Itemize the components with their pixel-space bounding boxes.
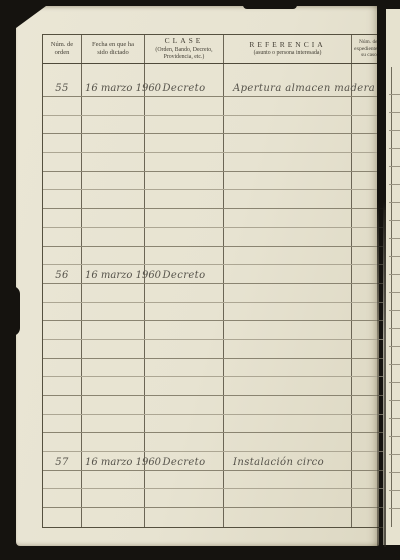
cell-referencia [224,377,352,395]
registry-table: Núm. de orden Fecha en que ha sido dicta… [42,34,385,528]
cell-num [43,247,82,265]
cell-num [43,172,82,190]
cell-num: 56 [43,265,82,283]
header-num-orden-label: Núm. de orden [43,41,81,58]
header-referencia-label: REFERENCIA [249,41,325,49]
scan-artifact-top [243,0,297,9]
cell-num [43,340,82,358]
cell-clase [145,247,224,265]
cell-num [43,377,82,395]
cell-num: 55 [43,64,82,96]
cell-num [43,190,82,208]
cell-num [43,508,82,527]
cell-referencia [224,415,352,433]
cell-fecha [82,471,145,489]
cell-fecha [82,508,145,527]
table-row [43,359,384,378]
cell-fecha [82,190,145,208]
cell-num [43,116,82,134]
cell-referencia [224,97,352,115]
cell-referencia [224,172,352,190]
cell-fecha [82,228,145,246]
cell-fecha [82,303,145,321]
header-clase-label: CLASE [165,37,204,45]
table-row [43,153,384,172]
table-row [43,303,384,322]
cell-num [43,321,82,339]
cell-referencia [224,508,352,527]
cell-clase [145,303,224,321]
table-row [43,247,384,266]
cell-referencia [224,247,352,265]
cell-num [43,209,82,227]
handwriting-num: 55 [55,84,69,96]
table-row [43,340,384,359]
cell-num [43,396,82,414]
header-clase-subtitle: (Orden, Bando, Decreto, Providencia, etc… [145,47,223,61]
cell-clase [145,377,224,395]
cell-num [43,471,82,489]
header-fecha-label: Fecha en que ha sido dictado [82,41,144,58]
cell-fecha [82,284,145,302]
header-clase: CLASE (Orden, Bando, Decreto, Providenci… [145,35,224,63]
scanned-ledger-page: Núm. de orden Fecha en que ha sido dicta… [0,0,400,560]
table-row [43,471,384,490]
cell-clase [145,359,224,377]
cell-clase [145,415,224,433]
cell-num [43,489,82,507]
cell-num [43,359,82,377]
binding-crease [384,210,386,548]
cell-clase [145,153,224,171]
cell-referencia [224,228,352,246]
scan-artifact-bottom [0,547,400,560]
cell-referencia [224,471,352,489]
table-body: 5516 marzo 1960DecretoApertura almacen m… [43,64,384,527]
handwriting-num: 56 [55,271,69,283]
cell-clase: Decreto [145,64,224,96]
table-row [43,508,384,527]
cell-num [43,153,82,171]
cell-num [43,284,82,302]
handwriting-clase: Decreto [162,84,205,96]
facing-page-lines [389,77,400,520]
handwriting-clase: Decreto [162,458,205,470]
cell-clase [145,284,224,302]
cell-num [43,97,82,115]
header-fecha: Fecha en que ha sido dictado [82,35,145,63]
table-row [43,396,384,415]
cell-fecha [82,359,145,377]
table-row [43,377,384,396]
header-referencia-subtitle: (asunto o persona interesada) [252,50,324,57]
table-header-row: Núm. de orden Fecha en que ha sido dicta… [43,35,384,64]
cell-referencia [224,284,352,302]
cell-fecha [82,153,145,171]
table-row [43,172,384,191]
cell-clase [145,321,224,339]
cell-referencia [224,489,352,507]
table-row [43,209,384,228]
cell-clase [145,396,224,414]
cell-referencia [224,303,352,321]
cell-clase [145,489,224,507]
cell-clase [145,209,224,227]
cell-fecha [82,340,145,358]
cell-referencia [224,190,352,208]
cell-clase [145,116,224,134]
header-referencia: REFERENCIA (asunto o persona interesada) [224,35,352,63]
cell-fecha [82,247,145,265]
ledger-page: Núm. de orden Fecha en que ha sido dicta… [16,6,379,546]
scan-artifact-left [0,286,20,336]
cell-fecha [82,377,145,395]
cell-num [43,303,82,321]
handwriting-referencia: Instalación circo [233,458,324,470]
table-row [43,489,384,508]
cell-clase: Decreto [145,265,224,283]
table-row [43,97,384,116]
cell-fecha [82,97,145,115]
cell-clase [145,508,224,527]
cell-fecha [82,172,145,190]
cell-fecha [82,134,145,152]
cell-clase [145,228,224,246]
cell-num [43,228,82,246]
cell-clase: Decreto [145,452,224,470]
cell-num [43,415,82,433]
cell-referencia [224,153,352,171]
cell-referencia [224,321,352,339]
cell-clase [145,471,224,489]
table-row [43,190,384,209]
cell-fecha [82,415,145,433]
cell-referencia [224,265,352,283]
table-row [43,228,384,247]
cell-fecha [82,489,145,507]
cell-fecha: 16 marzo 1960 [82,64,145,96]
header-num-orden: Núm. de orden [43,35,82,63]
cell-num: 57 [43,452,82,470]
cell-fecha: 16 marzo 1960 [82,265,145,283]
cell-fecha [82,209,145,227]
cell-clase [145,190,224,208]
cell-referencia: Apertura almacen madera [224,64,352,96]
table-row [43,321,384,340]
cell-fecha [82,116,145,134]
table-row [43,134,384,153]
cell-referencia [224,340,352,358]
cell-clase [145,134,224,152]
cell-referencia: Instalación circo [224,452,352,470]
table-row [43,284,384,303]
cell-fecha [82,396,145,414]
table-row: 5516 marzo 1960DecretoApertura almacen m… [43,64,384,97]
cell-referencia [224,433,352,451]
cell-referencia [224,134,352,152]
cell-referencia [224,209,352,227]
cell-fecha [82,433,145,451]
cell-referencia [224,396,352,414]
cell-referencia [224,359,352,377]
table-row: 5716 marzo 1960DecretoInstalación circo [43,452,384,471]
cell-num [43,134,82,152]
cell-fecha [82,321,145,339]
table-row [43,116,384,135]
cell-num [43,433,82,451]
cell-clase [145,433,224,451]
table-row [43,433,384,452]
cell-referencia [224,116,352,134]
handwriting-clase: Decreto [162,271,205,283]
table-row: 5616 marzo 1960Decreto [43,265,384,284]
handwriting-num: 57 [55,458,69,470]
table-row [43,415,384,434]
cell-clase [145,172,224,190]
cell-fecha: 16 marzo 1960 [82,452,145,470]
cell-clase [145,97,224,115]
cell-clase [145,340,224,358]
